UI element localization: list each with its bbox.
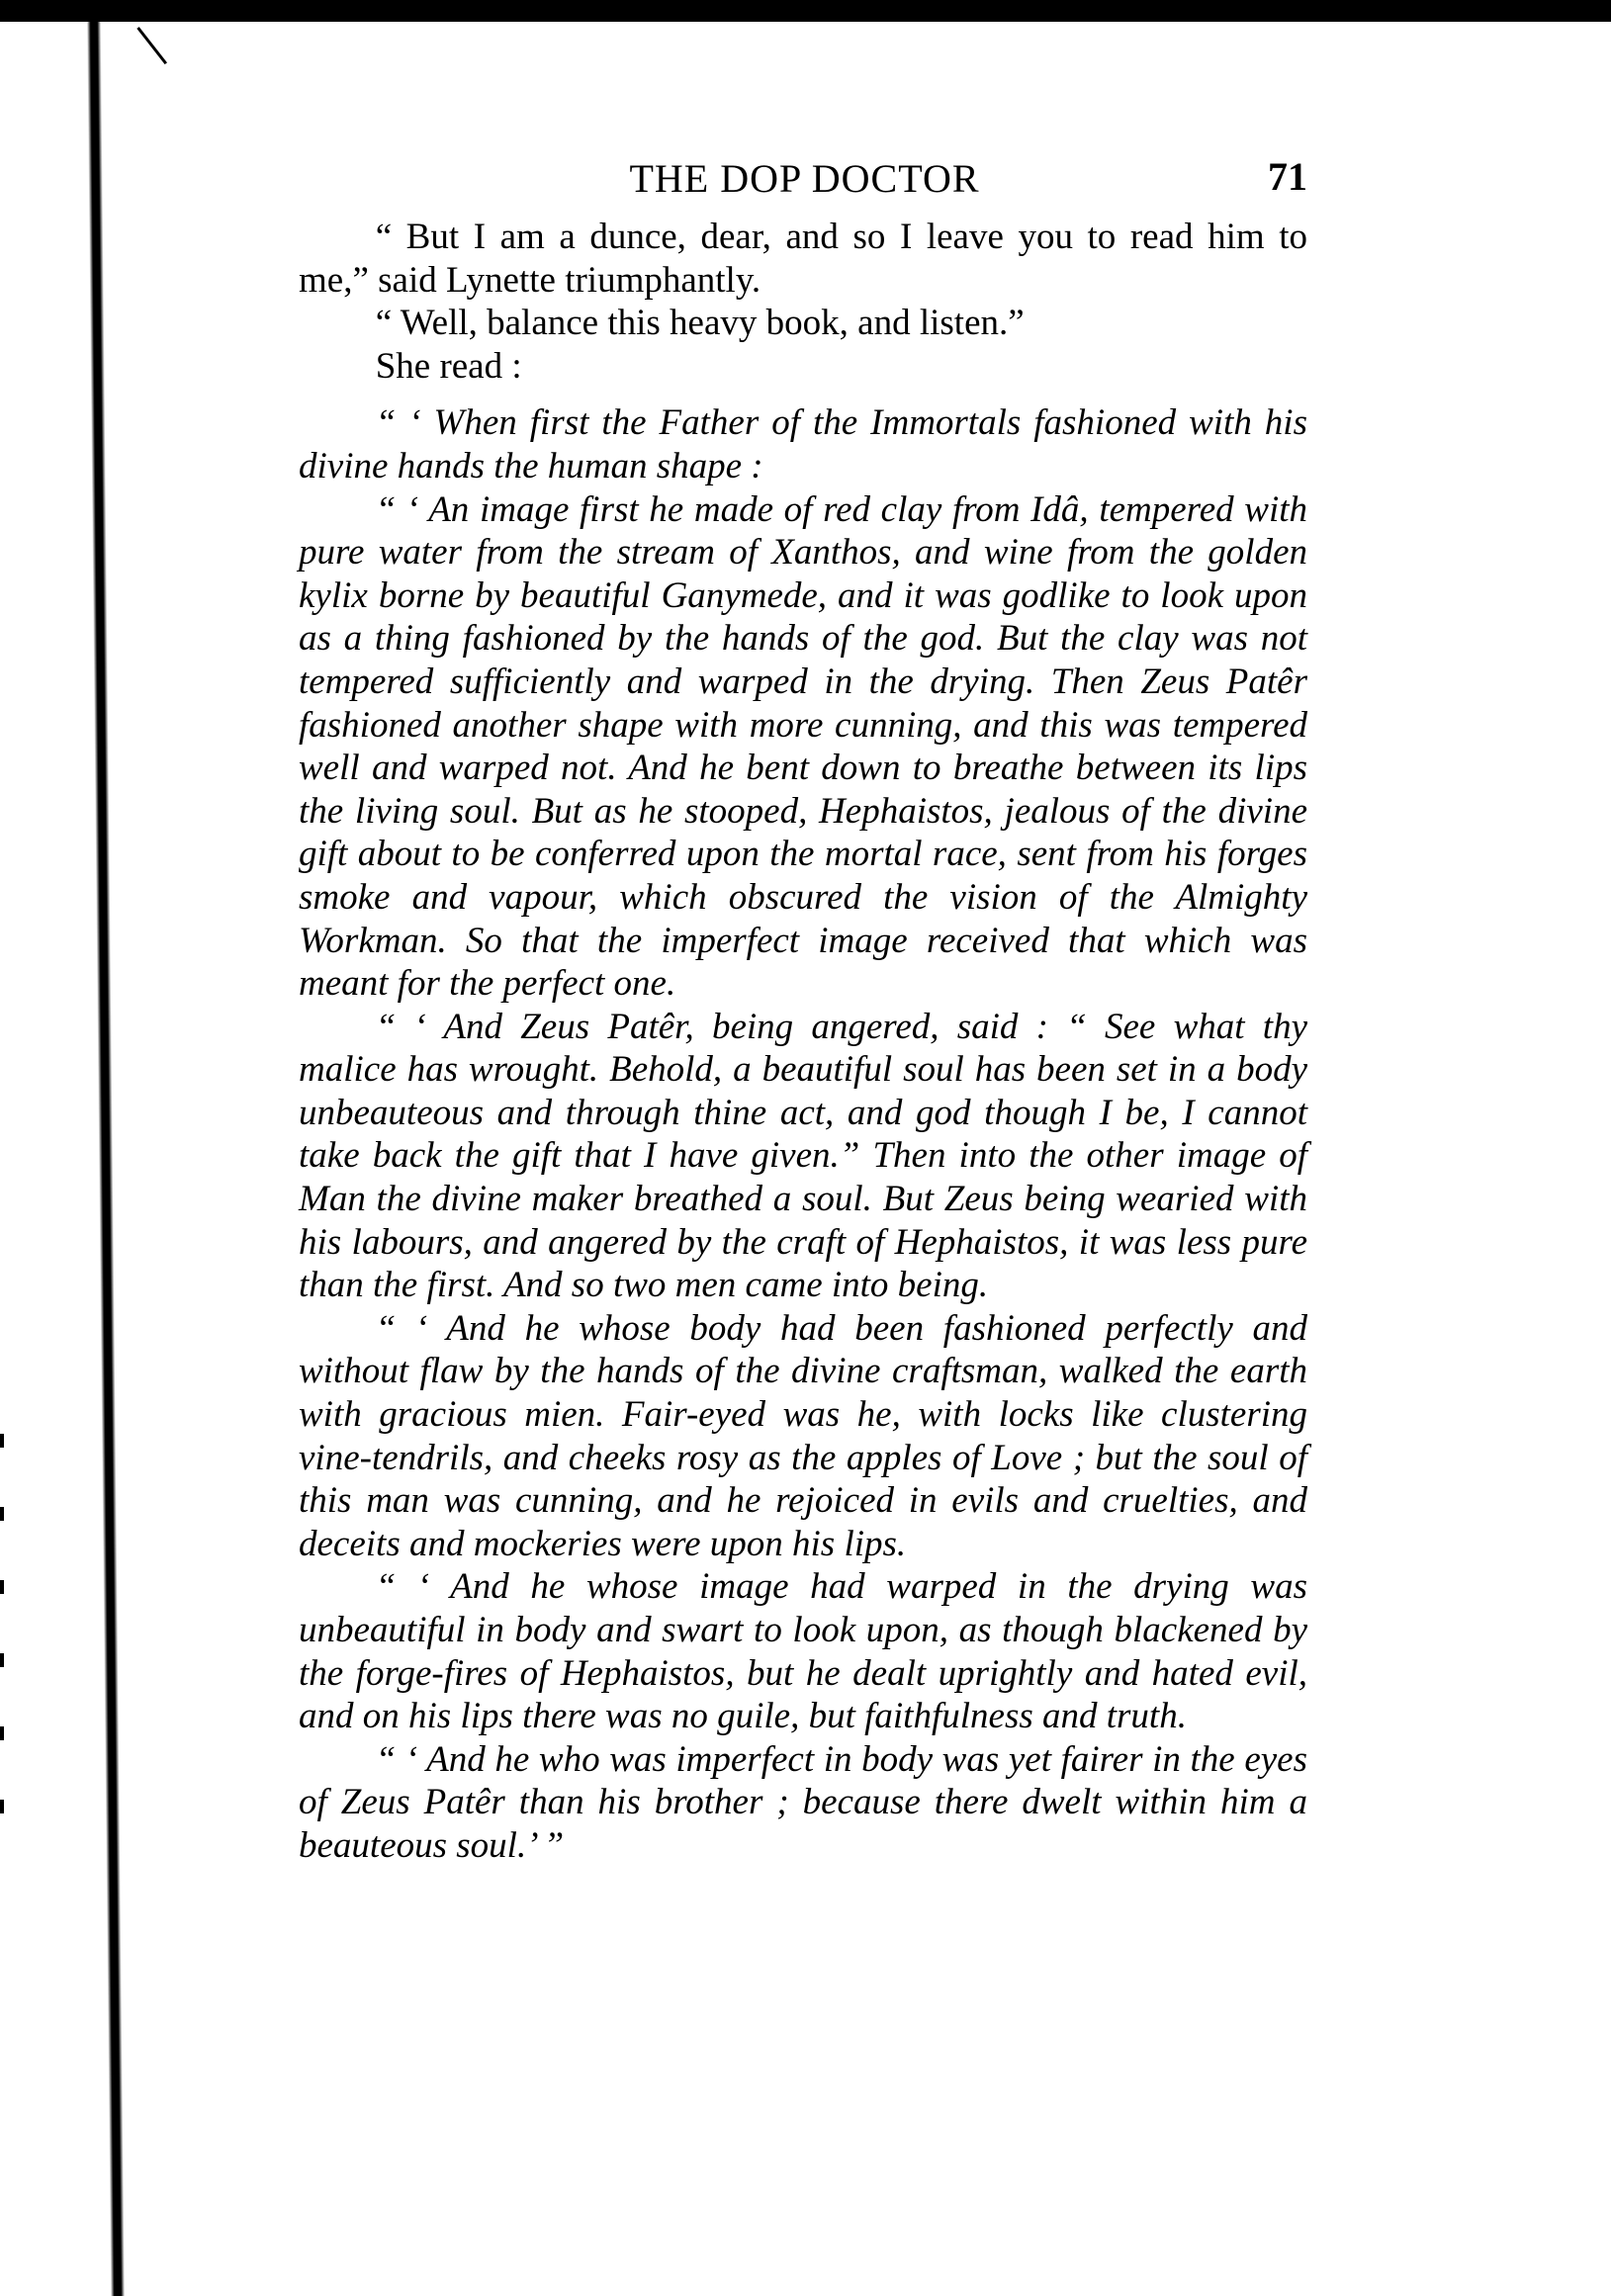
paragraph-myth-opening: “ ‘ When first the Father of the Immorta… bbox=[299, 401, 1307, 487]
adjacent-page-edge-marks bbox=[0, 1434, 6, 2027]
gutter-crease bbox=[136, 27, 167, 64]
paragraph-dialogue-balance: “ Well, balance this heavy book, and lis… bbox=[299, 302, 1307, 345]
running-title: THE DOP DOCTOR bbox=[302, 155, 1307, 202]
scan-top-border bbox=[0, 0, 1611, 22]
paragraph-dialogue-dunce: “ But I am a dunce, dear, and so I leave… bbox=[299, 216, 1307, 302]
paragraph-myth-clay-image: “ ‘ An image first he made of red clay f… bbox=[299, 488, 1307, 1006]
paragraph-myth-warped-body: “ ‘ And he whose image had warped in the… bbox=[299, 1565, 1307, 1737]
page-number: 71 bbox=[1268, 153, 1307, 200]
paragraph-myth-perfect-body: “ ‘ And he whose body had been fashioned… bbox=[299, 1307, 1307, 1566]
paragraph-myth-beauteous-soul: “ ‘ And he who was imperfect in body was… bbox=[299, 1738, 1307, 1868]
book-gutter-shadow bbox=[87, 22, 125, 2296]
page-body: “ But I am a dunce, dear, and so I leave… bbox=[299, 216, 1307, 1868]
running-head: THE DOP DOCTOR 71 bbox=[302, 153, 1307, 201]
paragraph-she-read: She read : bbox=[299, 345, 1307, 389]
paragraph-myth-zeus-angered: “ ‘ And Zeus Patêr, being angered, said … bbox=[299, 1006, 1307, 1307]
